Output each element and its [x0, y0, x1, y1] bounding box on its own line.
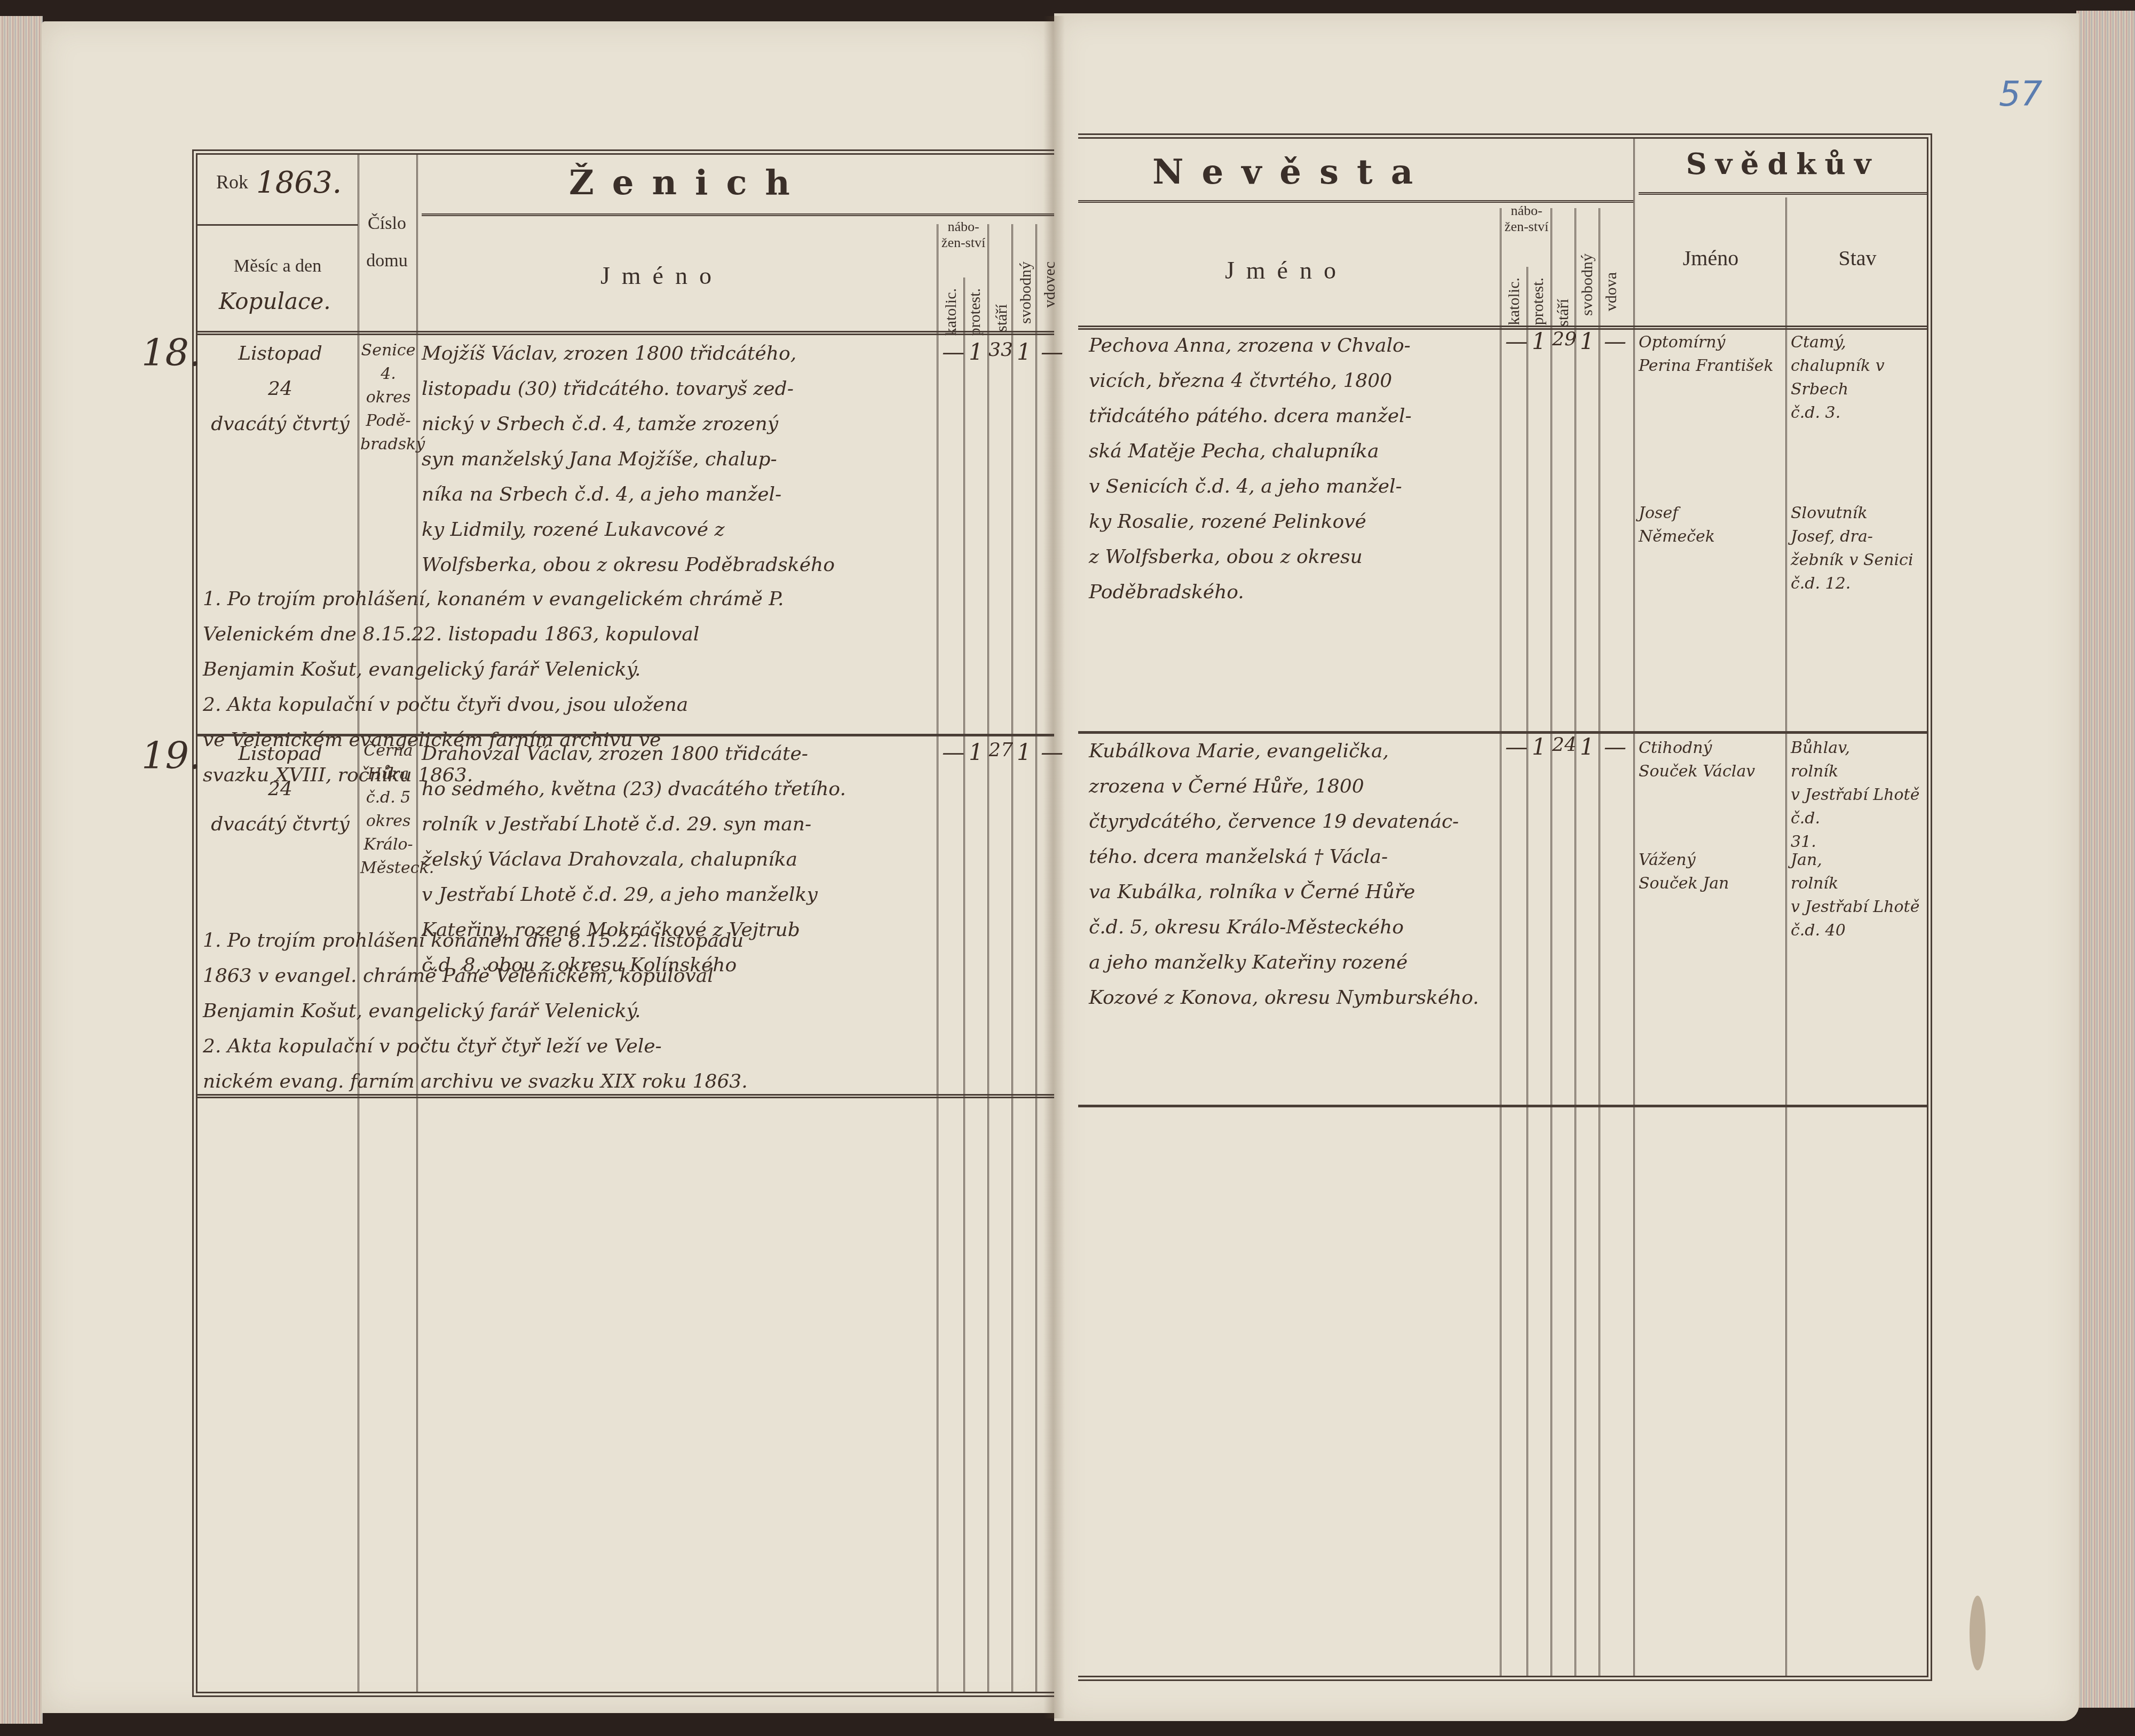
- col-divider: [1633, 139, 1635, 1676]
- entries-end-rule: [197, 1094, 1054, 1098]
- groom-catholic-header: katolic.: [942, 288, 960, 336]
- bride-name-header: Jméno: [1078, 256, 1494, 284]
- entry-19-bride-widow: —: [1604, 734, 1626, 760]
- groom-ledger: Rok 1863. Měsíc a den Kopulace. Číslo do…: [192, 149, 1054, 1697]
- month-day-header: Měsíc a den: [197, 256, 358, 276]
- entries-end-rule: [1078, 1105, 1927, 1107]
- bride-catholic-header: katolic.: [1505, 278, 1523, 325]
- entry-18-groom-age: 33: [989, 339, 1013, 361]
- entry-18-witness2-name: Josef Němeček: [1639, 502, 1785, 549]
- bride-section-title: Nevěsta: [1078, 152, 1505, 192]
- house-number-header-2: domu: [360, 251, 414, 271]
- entry-18-groom: Mojžíš Václav, zrozen 1800 třidcátého, l…: [422, 336, 934, 583]
- entry-18-groom-protestant: 1: [969, 339, 983, 365]
- bride-protestant-header: protest.: [1529, 278, 1547, 325]
- entry-19-witness2-status: Jan, rolník v Jestřabí Lhotě č.d. 40: [1791, 849, 1927, 942]
- groom-age-header: stáří: [993, 304, 1011, 332]
- entry-19-bride-catholic: —: [1505, 734, 1528, 760]
- witnesses-section-title: Svědkův: [1639, 147, 1927, 181]
- house-number-header-1: Číslo: [360, 213, 414, 234]
- entry-18-groom-catholic: —: [942, 339, 964, 365]
- witness-name-header: Jméno: [1639, 245, 1783, 271]
- year-divider: [197, 224, 358, 226]
- entry-18-bride-catholic: —: [1505, 328, 1528, 354]
- entry-19-groom-widower: —: [1041, 739, 1063, 765]
- entry-18-number: 18.: [141, 331, 201, 375]
- bride-single-header: svobodný: [1578, 253, 1596, 316]
- bride-religion-header: nábo-žen-ství: [1503, 203, 1551, 235]
- entry-18-witness2-status: Slovutník Josef, dra- žebník v Senici č.…: [1791, 502, 1927, 596]
- entry-18-house: Senice 4. okres Podě- bradský: [360, 339, 416, 456]
- groom-widower-header: vdovec: [1041, 261, 1059, 308]
- groom-religion-header: nábo-žen-ství: [939, 219, 987, 251]
- col-divider: [1011, 224, 1013, 1692]
- entry-18-witness1-status: Ctamý, chalupník v Srbech č.d. 3.: [1791, 331, 1927, 425]
- bride-age-header: stáří: [1554, 299, 1572, 327]
- col-divider: [963, 278, 965, 1692]
- col-divider: [1035, 224, 1037, 1692]
- col-divider: [1527, 267, 1528, 1676]
- entry-19-witness1-status: Bůhlav, rolník v Jestřabí Lhotě č.d. 31.: [1791, 736, 1927, 854]
- entry-18-bride-single: 1: [1580, 328, 1594, 354]
- col-divider: [1785, 197, 1787, 1676]
- groom-section-title: Ženich: [422, 163, 955, 203]
- kopulace-handwritten: Kopulace.: [219, 288, 331, 314]
- entry-19-house: Černá Hůra č.d. 5 okres Králo- Městeck.: [360, 739, 416, 880]
- col-divider: [1500, 208, 1501, 1676]
- entry-18-date: Listopad 24 dvacátý čtvrtý: [203, 336, 358, 442]
- right-page-edge: [2076, 11, 2135, 1708]
- entry-18-bride-protestant: 1: [1532, 328, 1546, 354]
- entry-19-bride-age: 24: [1552, 734, 1577, 756]
- bride-ledger: Nevěsta Jméno nábo-žen-ství katolic. pro…: [1078, 133, 1932, 1681]
- entry-19-bride: Kubálkova Marie, evangelička, zrozena v …: [1089, 734, 1500, 1016]
- folio-number: 57: [1999, 75, 2042, 114]
- entry-19-groom-protestant: 1: [969, 739, 983, 765]
- entry-18-groom-single: 1: [1017, 339, 1031, 365]
- entry-19-witness1-name: Ctihodný Souček Václav: [1639, 736, 1785, 783]
- entry-19-witness2-name: Vážený Souček Jan: [1639, 849, 1785, 895]
- bride-widow-header: vdova: [1602, 272, 1620, 311]
- year-label: Rok: [208, 171, 256, 193]
- year-value: 1863.: [256, 165, 342, 200]
- left-page-edge: [0, 16, 43, 1724]
- entry-18-groom-widower: —: [1041, 339, 1063, 365]
- ink-stain: [1970, 1596, 1986, 1670]
- groom-header-bottom-rule: [197, 331, 1054, 335]
- entry-19-bride-single: 1: [1580, 734, 1594, 760]
- col-divider: [1575, 208, 1576, 1676]
- entry-19-groom-catholic: —: [942, 739, 964, 765]
- entry-19-bride-protestant: 1: [1532, 734, 1546, 760]
- witness-status-header: Stav: [1788, 245, 1927, 271]
- col-divider: [1551, 208, 1552, 1676]
- entry-18-bride-widow: —: [1604, 328, 1626, 354]
- entry-18-bride-age: 29: [1552, 328, 1577, 350]
- col-divider: [1599, 208, 1600, 1676]
- entry-18-witness1-name: Optomírný Perina František: [1639, 331, 1785, 378]
- entry-19-date: Listopad 24 dvacátý čtvrtý: [203, 736, 358, 842]
- entry-19-groom-single: 1: [1017, 739, 1031, 765]
- entry-19-groom-age: 27: [989, 739, 1013, 761]
- groom-single-header: svobodný: [1017, 261, 1035, 324]
- entry-19-number: 19.: [141, 734, 201, 778]
- witnesses-title-divider: [1639, 192, 1927, 195]
- groom-name-header: Jméno: [422, 261, 902, 290]
- groom-protestant-header: protest.: [966, 288, 984, 336]
- groom-title-divider: [422, 213, 1054, 216]
- entry-18-bride: Pechova Anna, zrozena v Chvalo- vicích, …: [1089, 328, 1500, 610]
- entry-19-notes: 1. Po trojím prohlášení konaném dne 8.15…: [203, 923, 939, 1099]
- col-divider: [987, 224, 989, 1692]
